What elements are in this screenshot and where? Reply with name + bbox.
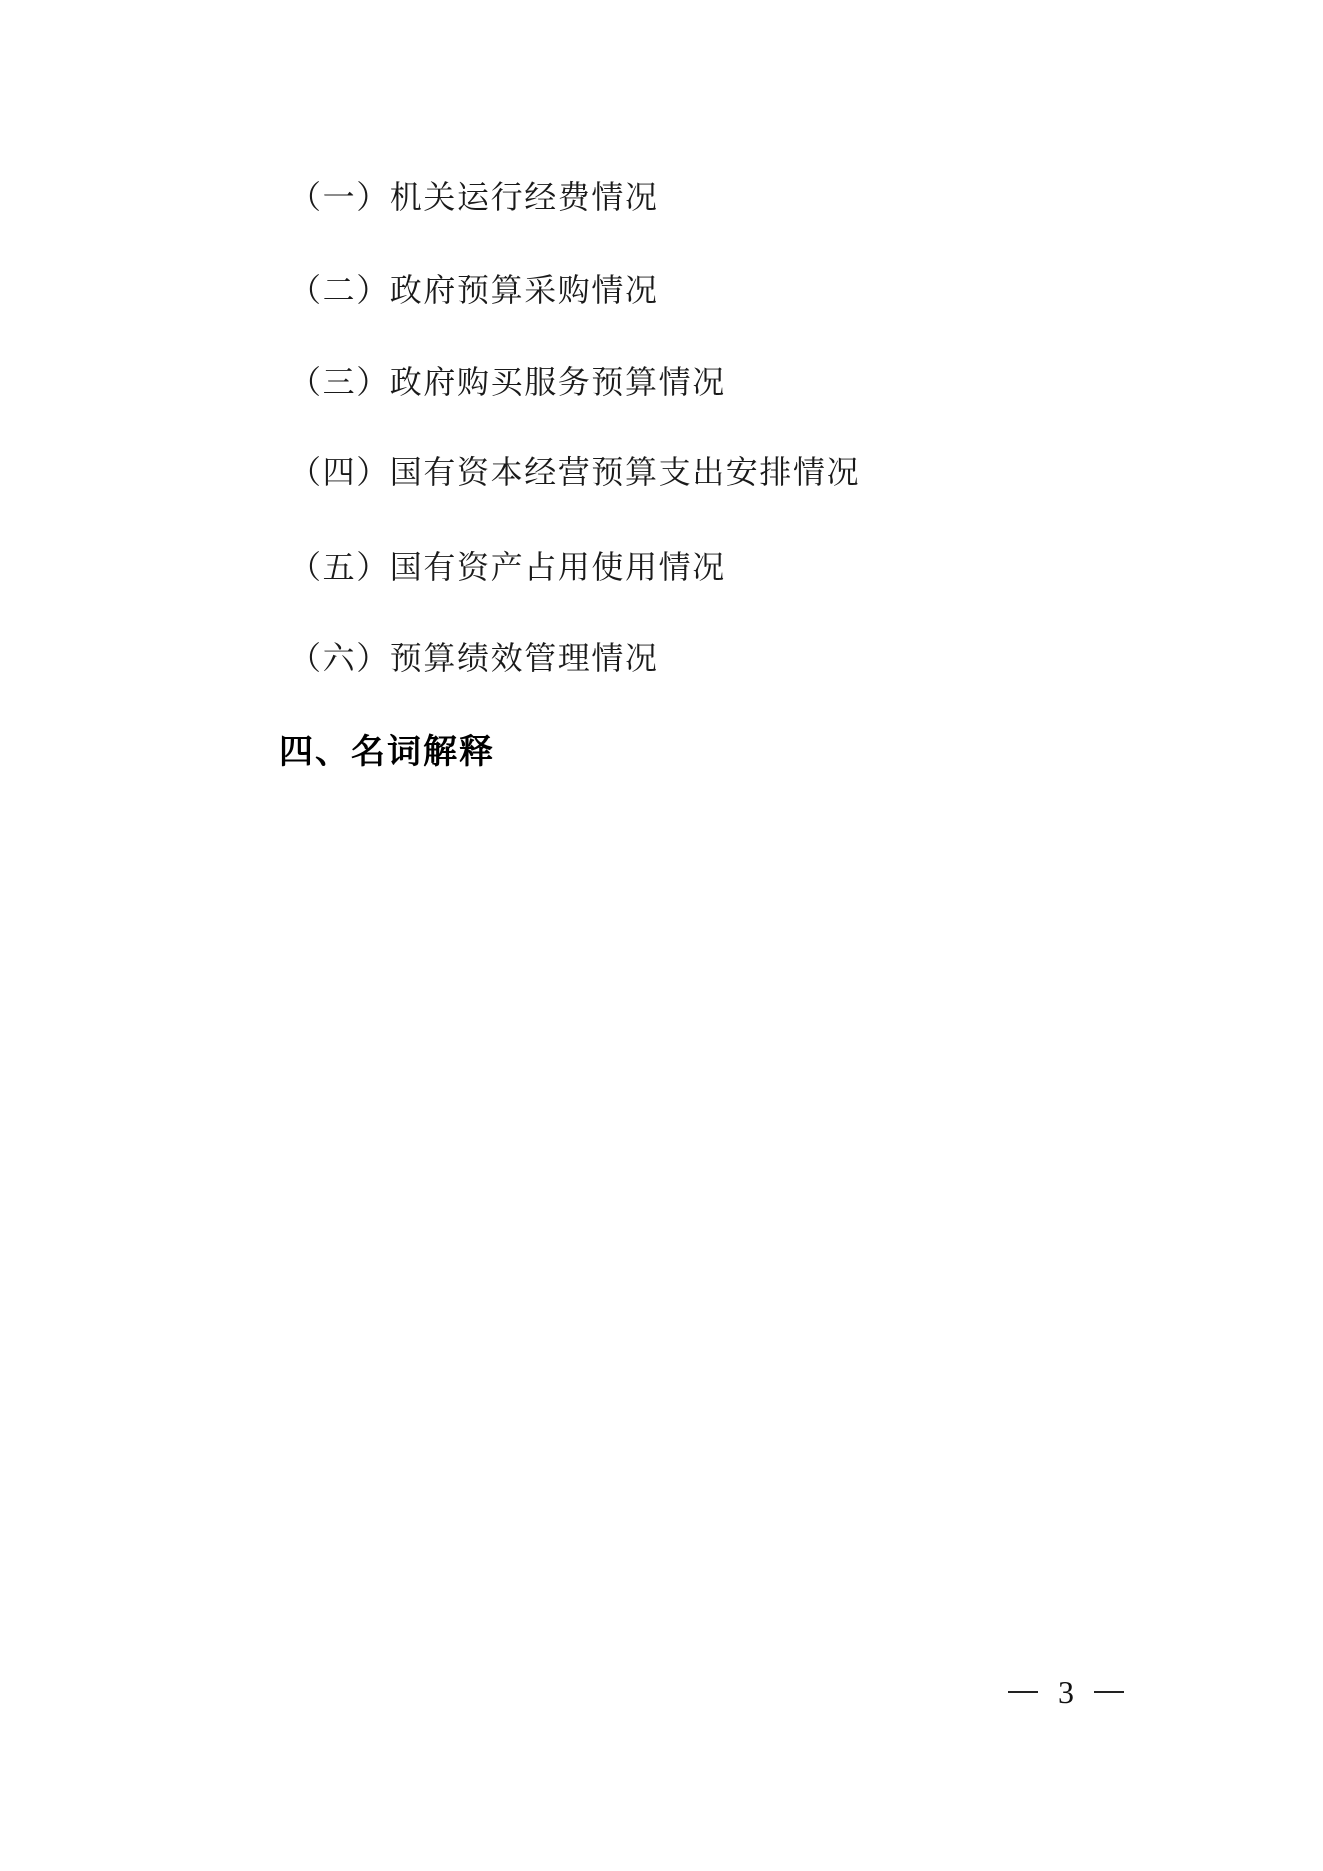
document-page: （一）机关运行经费情况 （二）政府预算采购情况 （三）政府购买服务预算情况 （四… [0,0,1323,1871]
section-heading: 四、名词解释 [279,732,495,772]
list-item: （四）国有资本经营预算支出安排情况 [289,452,860,492]
list-item: （一）机关运行经费情况 [289,177,659,217]
page-number-value: 3 [1058,1674,1074,1711]
page-number: 3 [1008,1672,1124,1712]
list-item: （二）政府预算采购情况 [289,270,659,310]
dash-right [1094,1691,1124,1693]
list-item: （六）预算绩效管理情况 [289,638,659,678]
dash-left [1008,1691,1038,1693]
list-item: （三）政府购买服务预算情况 [289,362,726,402]
list-item: （五）国有资产占用使用情况 [289,547,726,587]
